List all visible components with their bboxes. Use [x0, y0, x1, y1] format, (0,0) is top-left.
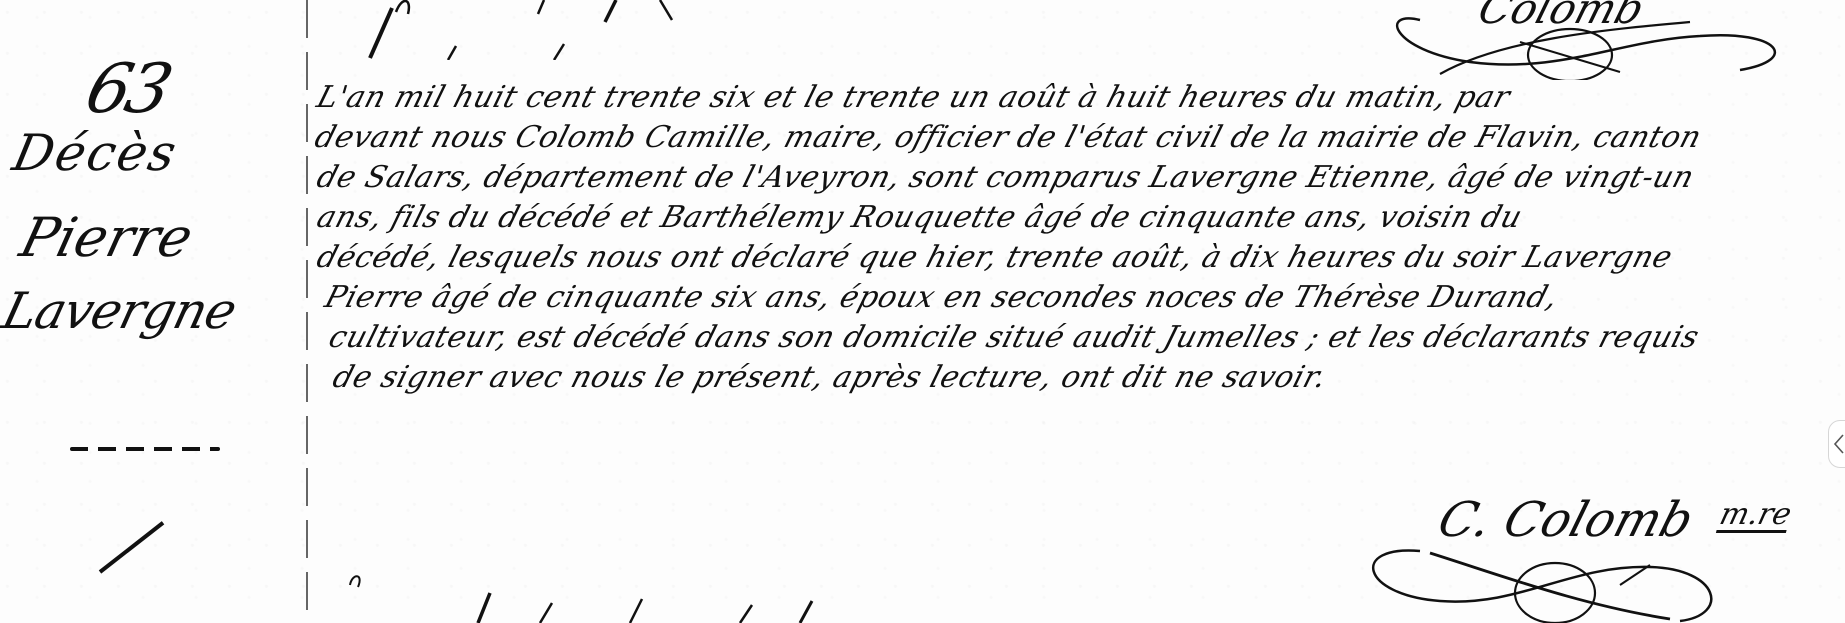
act-line-1: L'an mil huit cent trente six et le tren…	[312, 78, 1845, 118]
entry-type-label: Décès	[8, 124, 183, 182]
mayor-title-abbreviation: m.re	[1716, 500, 1794, 533]
act-line-7: cultivateur, est décédé dans son domicil…	[324, 318, 1845, 358]
previous-image-button[interactable]	[1828, 420, 1845, 468]
signature-mayor: C. Colomb	[1432, 492, 1700, 548]
act-line-4: ans, fils du décédé et Barthélemy Rouque…	[312, 198, 1845, 238]
act-body: L'an mil huit cent trente six et le tren…	[312, 78, 1837, 398]
entry-number: 63	[78, 50, 176, 129]
deceased-given-name: Pierre	[14, 206, 199, 269]
deceased-family-name: Lavergne	[0, 282, 242, 340]
margin-column: 63 Décès Pierre Lavergne	[0, 0, 300, 623]
act-line-5: décédé, lesquels nous ont déclaré que hi…	[312, 238, 1845, 278]
act-line-8: de signer avec nous le présent, après le…	[328, 358, 1845, 398]
act-line-3: de Salars, département de l'Aveyron, son…	[312, 158, 1845, 198]
margin-separator-dashes	[70, 447, 220, 451]
next-entry-number-fragment	[99, 521, 165, 573]
margin-rule-line	[306, 0, 308, 623]
signature-previous-mayor: Colomb	[1473, 0, 1650, 33]
previous-entry-strokes	[310, 0, 1310, 60]
document-page: Colomb 63 Décès Pierre Lavergne L'an mil…	[0, 0, 1845, 623]
act-line-2: devant nous Colomb Camille, maire, offic…	[310, 118, 1845, 158]
chevron-left-icon	[1833, 433, 1845, 455]
act-line-6: Pierre âgé de cinquante six ans, époux e…	[320, 278, 1845, 318]
next-entry-strokes	[330, 565, 930, 623]
signature-flourish-bottom	[1320, 545, 1740, 623]
